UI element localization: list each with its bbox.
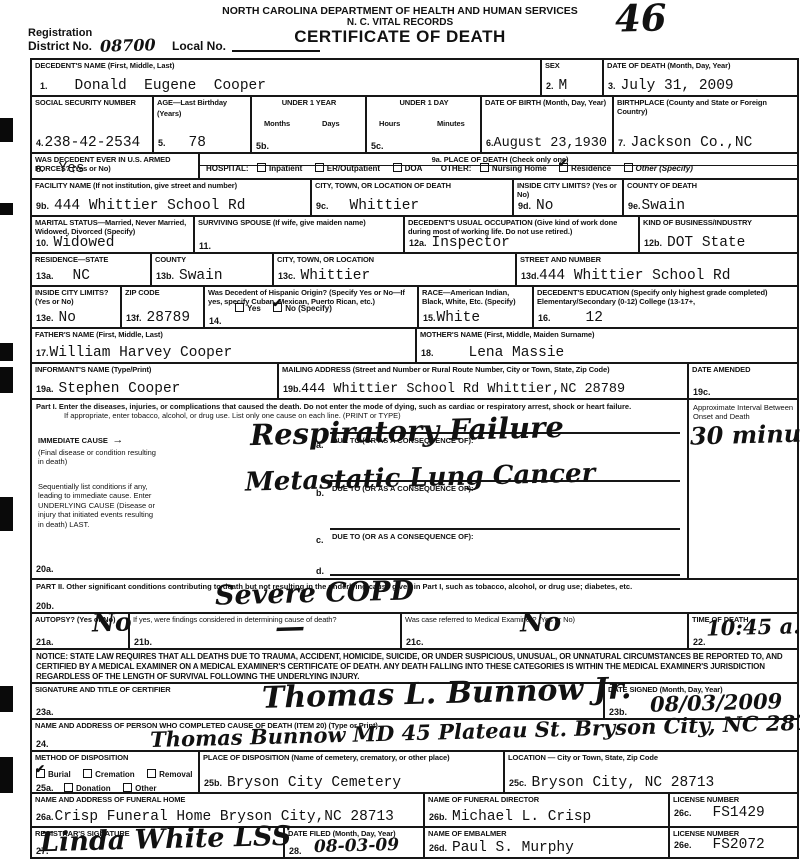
field-place-of-disposition: PLACE OF DISPOSITION (Name of cemetery, … bbox=[198, 750, 505, 794]
item-number: 2. bbox=[546, 81, 554, 91]
field-label: PLACE OF DISPOSITION (Name of cemetery, … bbox=[203, 753, 501, 762]
item-number: 13f. bbox=[126, 313, 142, 323]
item-number: 7. bbox=[618, 138, 626, 148]
handwritten-page-number: 46 bbox=[614, 0, 667, 41]
option-label: Inpatient bbox=[269, 164, 302, 173]
item-number: 15. bbox=[423, 313, 436, 323]
field-label: RACE—American Indian, Black, White, Etc.… bbox=[422, 288, 530, 306]
local-no-label: Local No. bbox=[172, 39, 226, 53]
other-label: OTHER: bbox=[441, 164, 472, 173]
cause-line-c bbox=[330, 528, 680, 530]
item-number: 13e. bbox=[36, 313, 54, 323]
handwritten-district-no: 08700 bbox=[100, 35, 156, 55]
department-title: NORTH CAROLINA DEPARTMENT OF HEALTH AND … bbox=[0, 5, 800, 17]
field-value: Donald Eugene Cooper bbox=[75, 78, 266, 94]
field-label: UNDER 1 DAY bbox=[370, 98, 478, 107]
handwritten-time-of-death: 10:45 a.m. bbox=[706, 612, 800, 640]
scan-binder-mark bbox=[0, 343, 13, 361]
option-label: Residence bbox=[571, 164, 611, 173]
hispanic-options: Yes ✔No (Specify) bbox=[235, 298, 340, 316]
checkbox-other-specify bbox=[624, 163, 633, 172]
field-sublabel: (Years) bbox=[157, 109, 248, 118]
handwritten-part2-value: Severe COPD bbox=[215, 575, 415, 611]
district-no-label: District No. bbox=[28, 39, 92, 53]
item-number: 26e. bbox=[674, 840, 692, 850]
checkbox-hispanic-no-checked: ✔ bbox=[273, 303, 282, 312]
field-label: LOCATION — City or Town, State, Zip Code bbox=[508, 753, 795, 762]
item-number: 17. bbox=[36, 348, 49, 358]
item-number: 9d. bbox=[518, 201, 531, 211]
field-value: Yes bbox=[59, 161, 85, 177]
field-value: Bryson City Cemetery bbox=[227, 775, 401, 791]
handwritten-findings-dash: — bbox=[275, 610, 306, 646]
field-label: NAME OF EMBALMER bbox=[428, 829, 666, 838]
checkbox-hispanic-yes bbox=[235, 303, 244, 312]
line-letter-c: c. bbox=[316, 535, 324, 545]
field-label: KIND OF BUSINESS/INDUSTRY bbox=[643, 218, 795, 227]
item-number: 13d. bbox=[521, 271, 539, 281]
scan-binder-mark bbox=[0, 757, 13, 793]
field-label: SURVIVING SPOUSE (If wife, give maiden n… bbox=[198, 218, 401, 227]
checkbox-burial-checked: ✔ bbox=[36, 769, 45, 778]
option-label: Nursing Home bbox=[492, 164, 547, 173]
field-label: NAME AND ADDRESS OF FUNERAL HOME bbox=[35, 795, 421, 804]
death-certificate-page: NORTH CAROLINA DEPARTMENT OF HEALTH AND … bbox=[0, 0, 800, 859]
item-number: 19a. bbox=[36, 384, 54, 394]
field-value: 444 Whittier School Rd bbox=[54, 198, 245, 214]
item-number: 9b. bbox=[36, 201, 49, 211]
field-marital-status: MARITAL STATUS—Married, Never Married, W… bbox=[30, 215, 195, 254]
checkbox-inpatient bbox=[257, 163, 266, 172]
field-label: DECEDENT'S USUAL OCCUPATION (Give kind o… bbox=[408, 218, 636, 236]
item-number: 19b. bbox=[283, 384, 301, 394]
field-place-of-death: 9a. PLACE OF DEATH (Check only one) HOSP… bbox=[198, 152, 799, 180]
hospital-label: HOSPITAL: bbox=[206, 164, 249, 173]
item-number: 9c. bbox=[316, 201, 329, 211]
field-residence-county: COUNTY 13b.Swain bbox=[150, 252, 274, 287]
immediate-cause-sublabel: (Final disease or condition resulting in… bbox=[38, 448, 156, 467]
field-mailing-address: MAILING ADDRESS (Street and Number or Ru… bbox=[277, 362, 689, 400]
item-number: 5. bbox=[158, 138, 166, 148]
field-label: DATE AMENDED bbox=[692, 365, 795, 374]
item-number: 26b. bbox=[429, 812, 447, 822]
scan-binder-mark bbox=[0, 367, 13, 393]
item-number: 26a. bbox=[36, 812, 54, 822]
scan-binder-mark bbox=[0, 497, 13, 531]
field-value: 28789 bbox=[147, 310, 191, 326]
field-industry: KIND OF BUSINESS/INDUSTRY 12b.DOT State bbox=[638, 215, 799, 254]
field-value: FS1429 bbox=[713, 805, 765, 821]
field-value: NC bbox=[73, 268, 90, 284]
field-label: BIRTHPLACE (County and State or Foreign … bbox=[617, 98, 795, 116]
field-label: ZIP CODE bbox=[125, 288, 201, 297]
field-sublabel: Minutes bbox=[437, 119, 478, 128]
handwritten-autopsy: No bbox=[92, 607, 132, 637]
field-armed-forces: WAS DECEDENT EVER IN U.S. ARMED FORCES? … bbox=[30, 152, 200, 180]
item-number-20a: 20a. bbox=[36, 564, 54, 574]
handwritten-interval-a: 30 minut bbox=[690, 418, 800, 450]
option-label: DOA bbox=[405, 164, 423, 173]
field-under-1-day: UNDER 1 DAY Hours Minutes 5c. bbox=[365, 95, 482, 154]
field-residence-street: STREET AND NUMBER 13d.444 Whittier Schoo… bbox=[515, 252, 799, 287]
line-letter-d: d. bbox=[316, 566, 324, 576]
handwritten-date-filed: 08-03-09 bbox=[314, 835, 400, 857]
field-label: DATE OF BIRTH (Month, Day, Year) bbox=[485, 98, 610, 107]
item-number: 9e. bbox=[628, 201, 641, 211]
field-license-director: LICENSE NUMBER 26c.FS1429 bbox=[668, 792, 799, 828]
field-value: Whittier bbox=[301, 268, 371, 284]
checkbox-nursing-home bbox=[480, 163, 489, 172]
checkbox-residence-checked: ✔ bbox=[559, 163, 568, 172]
field-value: William Harvey Cooper bbox=[50, 345, 233, 361]
field-decedent-name: DECEDENT'S NAME (First, Middle, Last) 1.… bbox=[30, 58, 542, 97]
field-value: Bryson City, NC 28713 bbox=[532, 775, 715, 791]
field-inside-limits-death: INSIDE CITY LIMITS? (Yes or No) 9d.No bbox=[512, 178, 624, 217]
field-findings: If yes, were findings considered in dete… bbox=[128, 612, 402, 650]
arrow-icon: → bbox=[112, 434, 123, 446]
field-hispanic-origin: Was Decedent of Hispanic Origin? (Specif… bbox=[203, 285, 419, 329]
field-residence-state: RESIDENCE—STATE 13a.NC bbox=[30, 252, 152, 287]
field-value: Michael L. Crisp bbox=[452, 809, 591, 825]
item-number: 14. bbox=[209, 316, 222, 326]
field-county-of-death: COUNTY OF DEATH 9e.Swain bbox=[622, 178, 799, 217]
item-number: 10. bbox=[36, 238, 49, 248]
item-number: 1. bbox=[40, 81, 48, 91]
field-ssn: SOCIAL SECURITY NUMBER 4.238-42-2534 bbox=[30, 95, 154, 154]
field-method-of-disposition: METHOD OF DISPOSITION ✔Burial Cremation … bbox=[30, 750, 200, 794]
item-number: 12b. bbox=[644, 238, 662, 248]
field-date-of-death: DATE OF DEATH (Month, Day, Year) 3.July … bbox=[602, 58, 799, 97]
item-number: 12a. bbox=[409, 238, 427, 248]
field-label: STREET AND NUMBER bbox=[520, 255, 795, 264]
field-value: 78 bbox=[189, 135, 206, 151]
field-label: LICENSE NUMBER bbox=[673, 795, 795, 804]
check-mark: ✔ bbox=[272, 296, 282, 310]
field-embalmer: NAME OF EMBALMER 26d.Paul S. Murphy bbox=[423, 826, 670, 859]
field-zip: ZIP CODE 13f.28789 bbox=[120, 285, 205, 329]
item-number: 13b. bbox=[156, 271, 174, 281]
part2-label: PART II. Other significant conditions co… bbox=[36, 582, 793, 591]
checkbox-removal bbox=[147, 769, 156, 778]
field-birthplace: BIRTHPLACE (County and State or Foreign … bbox=[612, 95, 799, 154]
option-label: ER/Outpatient bbox=[327, 164, 380, 173]
field-label: RESIDENCE—STATE bbox=[35, 255, 148, 264]
handwritten-registrar-signature: Linda White LSS bbox=[40, 821, 292, 859]
field-sublabel: Days bbox=[322, 119, 363, 128]
item-number: 4. bbox=[36, 138, 44, 148]
field-race: RACE—American Indian, Black, White, Etc.… bbox=[417, 285, 534, 329]
field-value: Stephen Cooper bbox=[59, 381, 181, 397]
item-number: 19c. bbox=[693, 387, 711, 397]
field-label: DATE OF DEATH (Month, Day, Year) bbox=[607, 61, 795, 70]
field-label: CITY, TOWN, OR LOCATION bbox=[277, 255, 513, 264]
field-residence-inside-limits: INSIDE CITY LIMITS? (Yes or No) 13e.No bbox=[30, 285, 122, 329]
field-value: DOT State bbox=[667, 235, 745, 251]
field-label: INSIDE CITY LIMITS? (Yes or No) bbox=[35, 288, 118, 306]
field-label: MARITAL STATUS—Married, Never Married, W… bbox=[35, 218, 191, 236]
field-location-of-disposition: LOCATION — City or Town, State, Zip Code… bbox=[503, 750, 799, 794]
field-label: FACILITY NAME (If not institution, give … bbox=[35, 181, 308, 190]
item-number: 21c. bbox=[406, 637, 424, 647]
field-value: 444 Whittier School Rd Whittier,NC 28789 bbox=[301, 382, 625, 397]
item-number: 16. bbox=[538, 313, 551, 323]
field-label: MOTHER'S NAME (First, Middle, Maiden Sur… bbox=[420, 330, 795, 339]
field-informant: INFORMANT'S NAME (Type/Print) 19a.Stephe… bbox=[30, 362, 279, 400]
item-number: 26d. bbox=[429, 843, 447, 853]
scan-binder-mark bbox=[0, 118, 13, 142]
field-value: White bbox=[437, 310, 481, 326]
checkbox-cremation bbox=[83, 769, 92, 778]
item-number: 21b. bbox=[134, 637, 152, 647]
field-value: Swain bbox=[642, 198, 686, 214]
field-value: 238-42-2534 bbox=[45, 135, 141, 151]
option-label: No (Specify) bbox=[285, 304, 332, 313]
field-value: No bbox=[536, 198, 553, 214]
handwritten-referred: No bbox=[520, 607, 562, 638]
item-number: 24. bbox=[36, 739, 49, 749]
field-label: CITY, TOWN, OR LOCATION OF DEATH bbox=[315, 181, 510, 190]
field-label: DECEDENT'S NAME (First, Middle, Last) bbox=[35, 61, 538, 70]
scan-binder-mark bbox=[0, 203, 13, 215]
field-label: COUNTY OF DEATH bbox=[627, 181, 795, 190]
field-sex: SEX 2.M bbox=[540, 58, 604, 97]
item-number: 13c. bbox=[278, 271, 296, 281]
field-value: July 31, 2009 bbox=[621, 78, 734, 94]
item-number: 21a. bbox=[36, 637, 54, 647]
field-label: METHOD OF DISPOSITION bbox=[35, 753, 196, 762]
field-facility-name: FACILITY NAME (If not institution, give … bbox=[30, 178, 312, 217]
item-number: 18. bbox=[421, 348, 434, 358]
field-label: INFORMANT'S NAME (Type/Print) bbox=[35, 365, 275, 374]
place-of-death-options: HOSPITAL: Inpatient ER/Outpatient DOA OT… bbox=[206, 158, 701, 176]
field-under-1-year: UNDER 1 YEAR Months Days 5b. bbox=[250, 95, 367, 154]
field-father-name: FATHER'S NAME (First, Middle, Last) 17.W… bbox=[30, 327, 417, 364]
item-number: 5c. bbox=[371, 141, 384, 151]
option-label: Yes bbox=[247, 304, 261, 313]
field-label: COUNTY bbox=[155, 255, 270, 264]
field-label: INSIDE CITY LIMITS? (Yes or No) bbox=[517, 181, 620, 199]
item-number: 13a. bbox=[36, 271, 54, 281]
field-value: Lena Massie bbox=[469, 345, 565, 361]
field-value: Paul S. Murphy bbox=[452, 840, 574, 856]
item-number: 11. bbox=[199, 241, 211, 251]
immediate-cause-label: IMMEDIATE CAUSE bbox=[38, 436, 108, 445]
item-number: 6. bbox=[486, 138, 494, 148]
field-label: MAILING ADDRESS (Street and Number or Ru… bbox=[282, 365, 685, 374]
item-number: 8. bbox=[36, 164, 44, 174]
check-mark: ✔ bbox=[35, 762, 45, 776]
field-value: Jackson Co.,NC bbox=[631, 135, 753, 151]
field-value: No bbox=[59, 310, 76, 326]
field-value: FS2072 bbox=[713, 837, 765, 853]
field-label: AGE—Last Birthday bbox=[157, 98, 248, 107]
item-number: 20b. bbox=[36, 601, 54, 611]
field-value: Swain bbox=[179, 268, 223, 284]
field-value: 444 Whittier School Rd bbox=[539, 268, 730, 284]
field-value: Whittier bbox=[350, 198, 420, 214]
field-label: NAME OF FUNERAL DIRECTOR bbox=[428, 795, 666, 804]
field-education: DECEDENT'S EDUCATION (Specify only highe… bbox=[532, 285, 799, 329]
field-funeral-director: NAME OF FUNERAL DIRECTOR 26b.Michael L. … bbox=[423, 792, 670, 828]
checkbox-donation bbox=[64, 783, 73, 792]
field-label: If yes, were findings considered in dete… bbox=[133, 615, 398, 624]
checkbox-doa bbox=[393, 163, 402, 172]
immediate-cause-note: IMMEDIATE CAUSE → (Final disease or cond… bbox=[38, 430, 156, 467]
field-label: UNDER 1 YEAR bbox=[255, 98, 363, 107]
item-number: 25c. bbox=[509, 778, 527, 788]
field-value: Widowed bbox=[54, 235, 115, 251]
sequential-note: Sequentially list conditions if any, lea… bbox=[38, 482, 160, 529]
registration-label: Registration bbox=[28, 27, 92, 39]
field-date-amended: DATE AMENDED 19c. bbox=[687, 362, 799, 400]
field-surviving-spouse: SURVIVING SPOUSE (If wife, give maiden n… bbox=[193, 215, 405, 254]
field-value: Inspector bbox=[432, 235, 510, 251]
part2-other-conditions: PART II. Other significant conditions co… bbox=[30, 578, 799, 614]
field-label: DECEDENT'S EDUCATION (Specify only highe… bbox=[537, 288, 795, 306]
field-label: FATHER'S NAME (First, Middle, Last) bbox=[35, 330, 413, 339]
field-occupation: DECEDENT'S USUAL OCCUPATION (Give kind o… bbox=[403, 215, 640, 254]
due-to-label-c: DUE TO (OR AS A CONSEQUENCE OF): bbox=[332, 532, 474, 541]
district-no-row: District No. bbox=[28, 39, 92, 53]
option-label: Other (Specify) bbox=[636, 164, 693, 173]
field-value: 12 bbox=[586, 310, 603, 326]
field-label: SEX bbox=[545, 61, 600, 70]
check-mark: ✔ bbox=[558, 156, 568, 170]
field-label: SOCIAL SECURITY NUMBER bbox=[35, 98, 150, 107]
field-mother-name: MOTHER'S NAME (First, Middle, Maiden Sur… bbox=[415, 327, 799, 364]
item-number: 25b. bbox=[204, 778, 222, 788]
field-city-of-death: CITY, TOWN, OR LOCATION OF DEATH 9c.Whit… bbox=[310, 178, 514, 217]
field-license-embalmer: LICENSE NUMBER 26e.FS2072 bbox=[668, 826, 799, 859]
field-value: August 23,1930 bbox=[494, 136, 607, 151]
checkbox-other-disposition bbox=[123, 783, 132, 792]
local-no-blank bbox=[232, 50, 320, 52]
field-date-of-birth: DATE OF BIRTH (Month, Day, Year) 6.Augus… bbox=[480, 95, 614, 154]
checkbox-er-outpatient bbox=[315, 163, 324, 172]
item-number: 3. bbox=[608, 81, 616, 91]
part1-instruction: Part I. Enter the diseases, injuries, or… bbox=[36, 402, 683, 411]
scan-binder-mark bbox=[0, 686, 13, 712]
field-value: M bbox=[559, 78, 568, 94]
item-number: 26c. bbox=[674, 808, 692, 818]
item-number: 23a. bbox=[36, 707, 54, 717]
item-number: 5b. bbox=[256, 141, 269, 151]
field-residence-city: CITY, TOWN, OR LOCATION 13c.Whittier bbox=[272, 252, 517, 287]
field-age: AGE—Last Birthday (Years) 5.78 bbox=[152, 95, 252, 154]
item-number: 22. bbox=[693, 637, 706, 647]
